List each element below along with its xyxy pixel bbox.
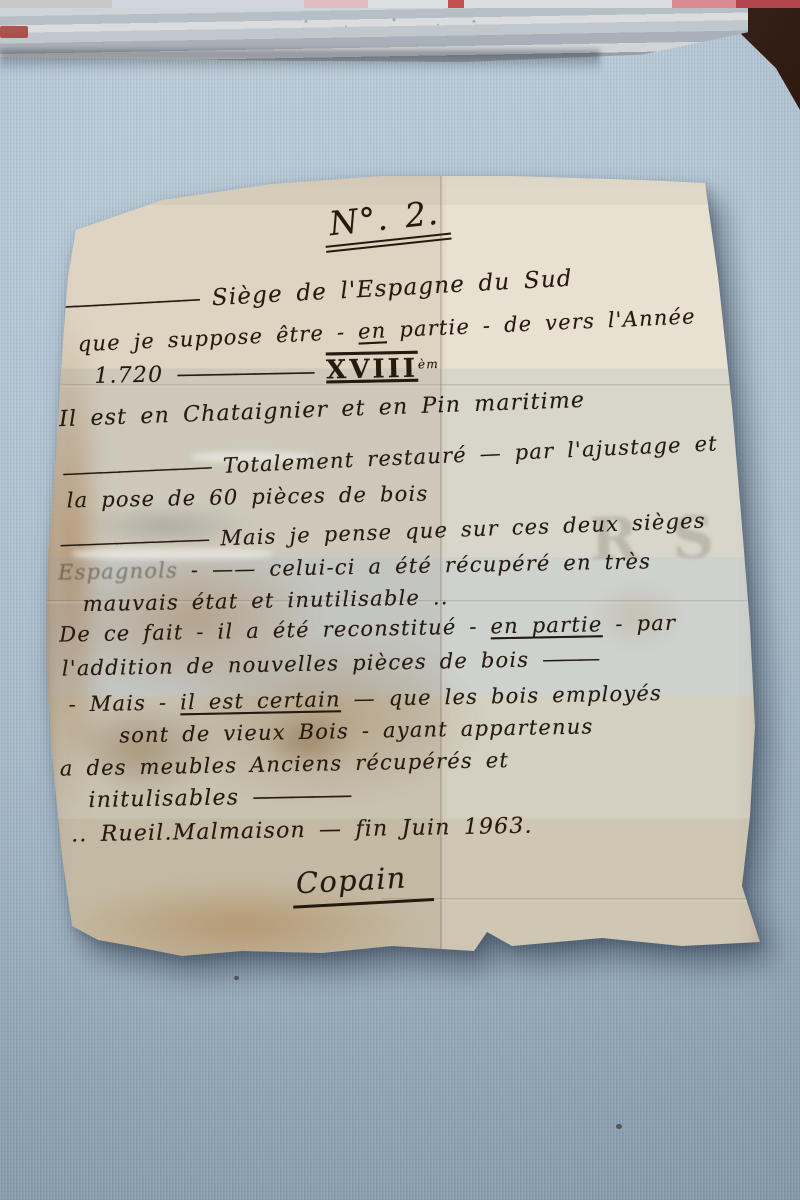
line-segment: - —— celui-ci a été récupéré en très	[178, 549, 652, 582]
line-segment: - Mais -	[68, 690, 180, 716]
line-segment: la pose de 60 pièces de bois	[66, 482, 428, 513]
handwritten-line: l'addition de nouvelles pièces de bois —…	[62, 646, 598, 680]
line-segment: que je suppose être -	[77, 320, 358, 357]
line-segment: Siège de l'Espagne du Sud	[198, 266, 574, 312]
handwritten-line: a des meubles Anciens récupérés et	[60, 748, 510, 781]
handwritten-line: mauvais état et inutilisable ..	[82, 585, 448, 616]
line-segment: Totalement restauré — par l'ajustage et	[210, 431, 719, 478]
handwritten-line: Espagnols - —— celui-ci a été récupéré e…	[58, 549, 651, 584]
line-segment: en	[358, 318, 387, 343]
letter-paper-shadow: RS N°. 2. ——————— Siège de l'Espagne du …	[42, 156, 766, 974]
line-segment: 1.720	[94, 362, 177, 389]
line-segment: Mais je pense que sur ces deux sièges	[207, 509, 706, 551]
photo-of-letter: RS N°. 2. ——————— Siège de l'Espagne du …	[0, 0, 800, 1200]
handwritten-line: Il est en Chataignier et en Pin maritime	[59, 388, 586, 432]
line-segment: èm	[418, 357, 439, 371]
handwritten-line: 1.720 ——————— XVIIIèm	[94, 353, 439, 390]
line-segment: ————————	[62, 454, 211, 485]
fabric-speck	[616, 1124, 622, 1129]
handwritten-line: la pose de 60 pièces de bois	[66, 482, 428, 513]
fabric-speck	[234, 976, 239, 980]
handwritten-line: ——————— Siège de l'Espagne du Sud	[54, 266, 573, 320]
magazine-green-specks	[290, 15, 490, 31]
date-place-line: .. Rueil.Malmaison — fin Juin 1963.	[71, 814, 533, 848]
line-segment: il est certain	[180, 687, 341, 714]
line-segment: De ce fait - il a été reconstitué -	[59, 614, 491, 646]
line-segment: a des meubles Anciens récupérés et	[60, 748, 510, 781]
handwritten-line: De ce fait - il a été reconstitué - en p…	[59, 611, 676, 647]
line-segment: partie - de vers l'Année	[386, 304, 696, 342]
line-segment: sont de vieux Bois - ayant appartenus	[119, 714, 594, 747]
line-segment: - par	[602, 611, 676, 636]
roman-numeral: XVIII	[326, 354, 418, 386]
line-segment: ———————	[54, 286, 199, 320]
line-segment: Copain	[295, 860, 407, 900]
line-segment	[313, 359, 327, 384]
line-segment: ————————	[59, 527, 208, 556]
line-segment: .. Rueil.Malmaison — fin Juin 1963.	[71, 814, 533, 848]
handwritten-line: - Mais - il est certain — que les bois e…	[68, 681, 662, 716]
line-segment: N°. 2.	[327, 193, 441, 243]
handwritten-line: sont de vieux Bois - ayant appartenus	[119, 714, 594, 747]
line-segment: Il est en Chataignier et en Pin maritime	[59, 388, 586, 432]
line-segment: — que les bois employés	[341, 681, 663, 711]
magazine-stack-top-edge	[0, 0, 800, 8]
line-segment: ———	[542, 646, 598, 671]
letter-title: N°. 2.	[321, 192, 451, 253]
line-segment: Espagnols	[58, 558, 178, 584]
handwritten-line: ———————— Totalement restauré — par l'aju…	[62, 431, 719, 485]
handwritten-text-layer: N°. 2. ——————— Siège de l'Espagne du Sud…	[34, 149, 774, 981]
stack-shadow	[0, 50, 600, 72]
magazine-red-edge	[0, 26, 28, 38]
letter-paper: RS N°. 2. ——————— Siège de l'Espagne du …	[42, 156, 766, 974]
line-segment: —————	[252, 783, 350, 810]
line-segment: mauvais état et inutilisable ..	[82, 585, 448, 616]
line-segment: l'addition de nouvelles pièces de bois	[62, 647, 543, 680]
signature: Copain	[291, 859, 434, 909]
line-segment: en partie	[490, 612, 602, 638]
handwritten-line: initulisables —————	[88, 783, 350, 813]
line-segment: ———————	[176, 360, 313, 388]
line-segment: initulisables	[88, 785, 252, 813]
